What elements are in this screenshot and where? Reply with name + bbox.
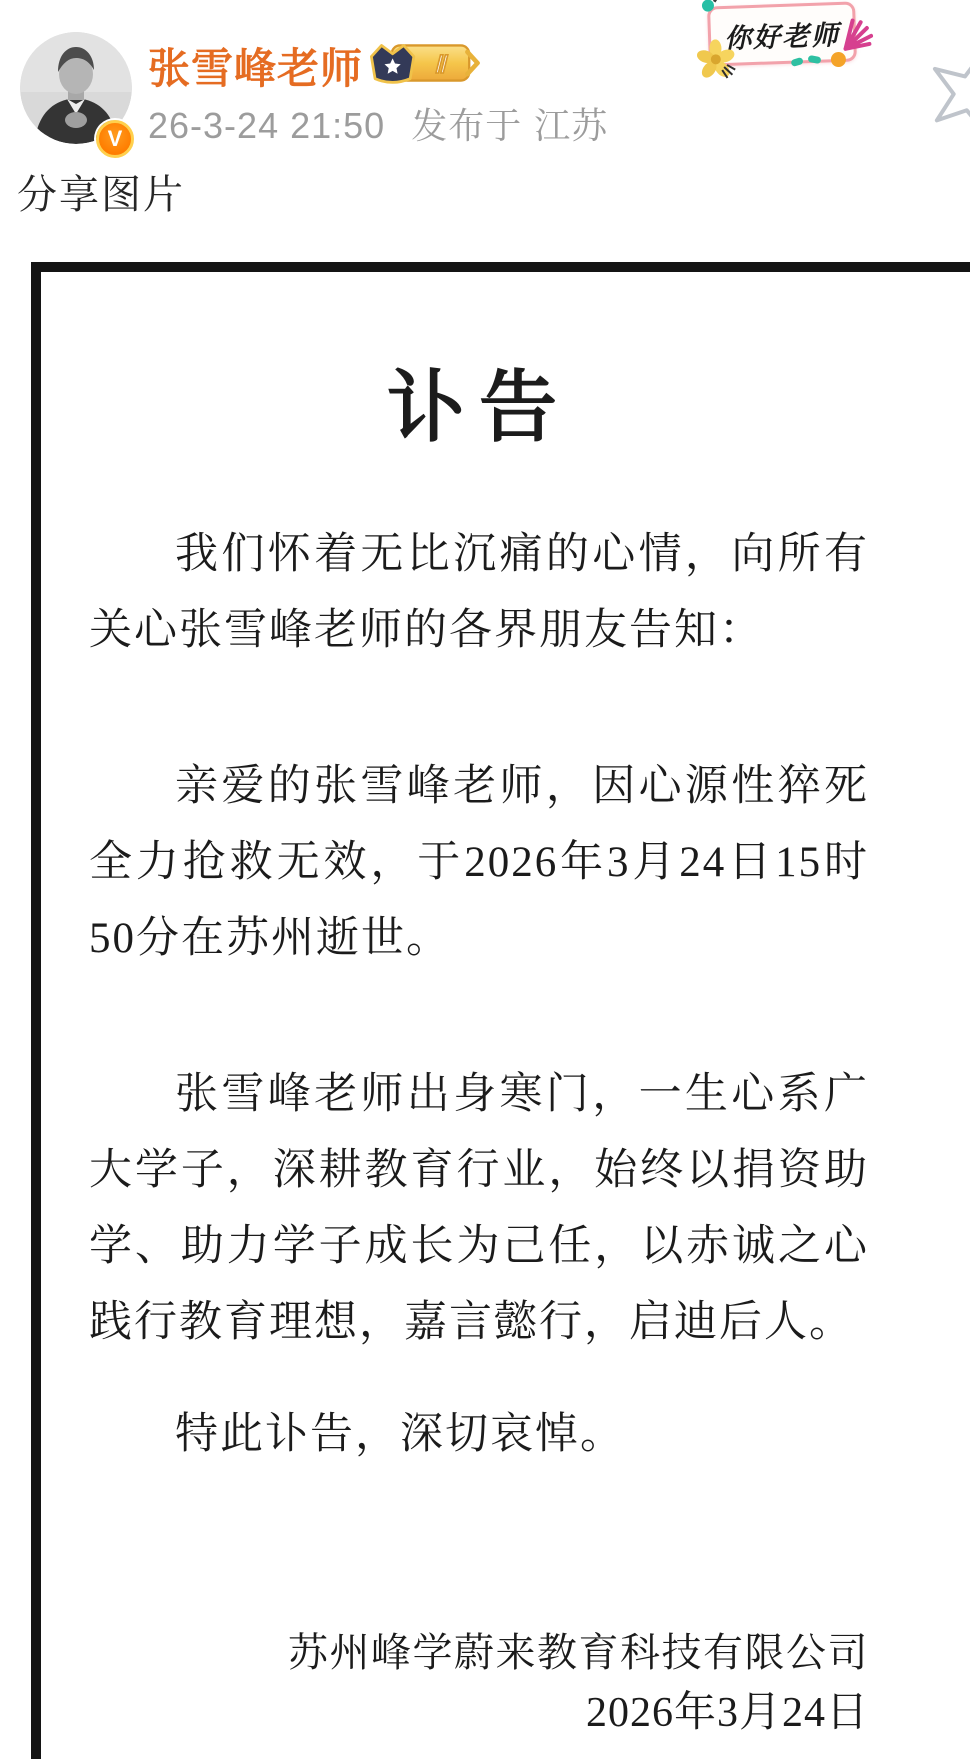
leaves-icon: [790, 52, 825, 71]
obituary-signature-block: 苏州峰学蔚来教育科技有限公司 2026年3月24日: [89, 1623, 869, 1743]
post-meta: 26-3-24 21:50发布于江苏: [148, 98, 608, 149]
publish-prefix: 发布于: [411, 105, 522, 146]
obituary-paragraph: 我们怀着无比沉痛的心情，向所有关心张雪峰老师的各界朋友告知：: [89, 517, 869, 669]
flower-icon: [695, 39, 736, 80]
post-timestamp: 26-3-24 21:50: [148, 105, 385, 146]
post-caption: 分享图片: [17, 163, 185, 220]
fan-leaf-icon: [838, 14, 873, 55]
sticker-label: 你好老师: [723, 12, 840, 55]
company-signature: 苏州峰学蔚来教育科技有限公司: [89, 1623, 869, 1683]
signature-date: 2026年3月24日: [89, 1683, 869, 1743]
obituary-title: 讣告: [89, 357, 869, 457]
member-crown-badge-icon[interactable]: Ⅱ: [364, 36, 484, 90]
obituary-paragraph: 张雪峰老师出身寒门，一生心系广大学子，深耕教育行业，始终以捐资助学、助力学子成长…: [89, 1057, 869, 1361]
hello-teacher-sticker: 你好老师: [707, 1, 857, 66]
obituary-body: 我们怀着无比沉痛的心情，向所有关心张雪峰老师的各界朋友告知： 亲爱的张雪峰老师，…: [89, 517, 869, 1473]
verified-v-icon: V: [96, 120, 134, 158]
obituary-paragraph: 亲爱的张雪峰老师，因心源性猝死全力抢救无效，于2026年3月24日15时50分在…: [89, 749, 869, 977]
obituary-image[interactable]: 讣告 我们怀着无比沉痛的心情，向所有关心张雪峰老师的各界朋友告知： 亲爱的张雪峰…: [31, 262, 970, 1759]
author-name[interactable]: 张雪峰老师: [148, 36, 363, 96]
obituary-document: 讣告 我们怀着无比沉痛的心情，向所有关心张雪峰老师的各界朋友告知： 亲爱的张雪峰…: [41, 272, 879, 1743]
publish-location: 江苏: [534, 105, 608, 146]
ring-icon: [702, 0, 714, 12]
obituary-paragraph: 特此讣告，深切哀悼。: [89, 1397, 869, 1473]
avatar[interactable]: V: [20, 32, 132, 144]
